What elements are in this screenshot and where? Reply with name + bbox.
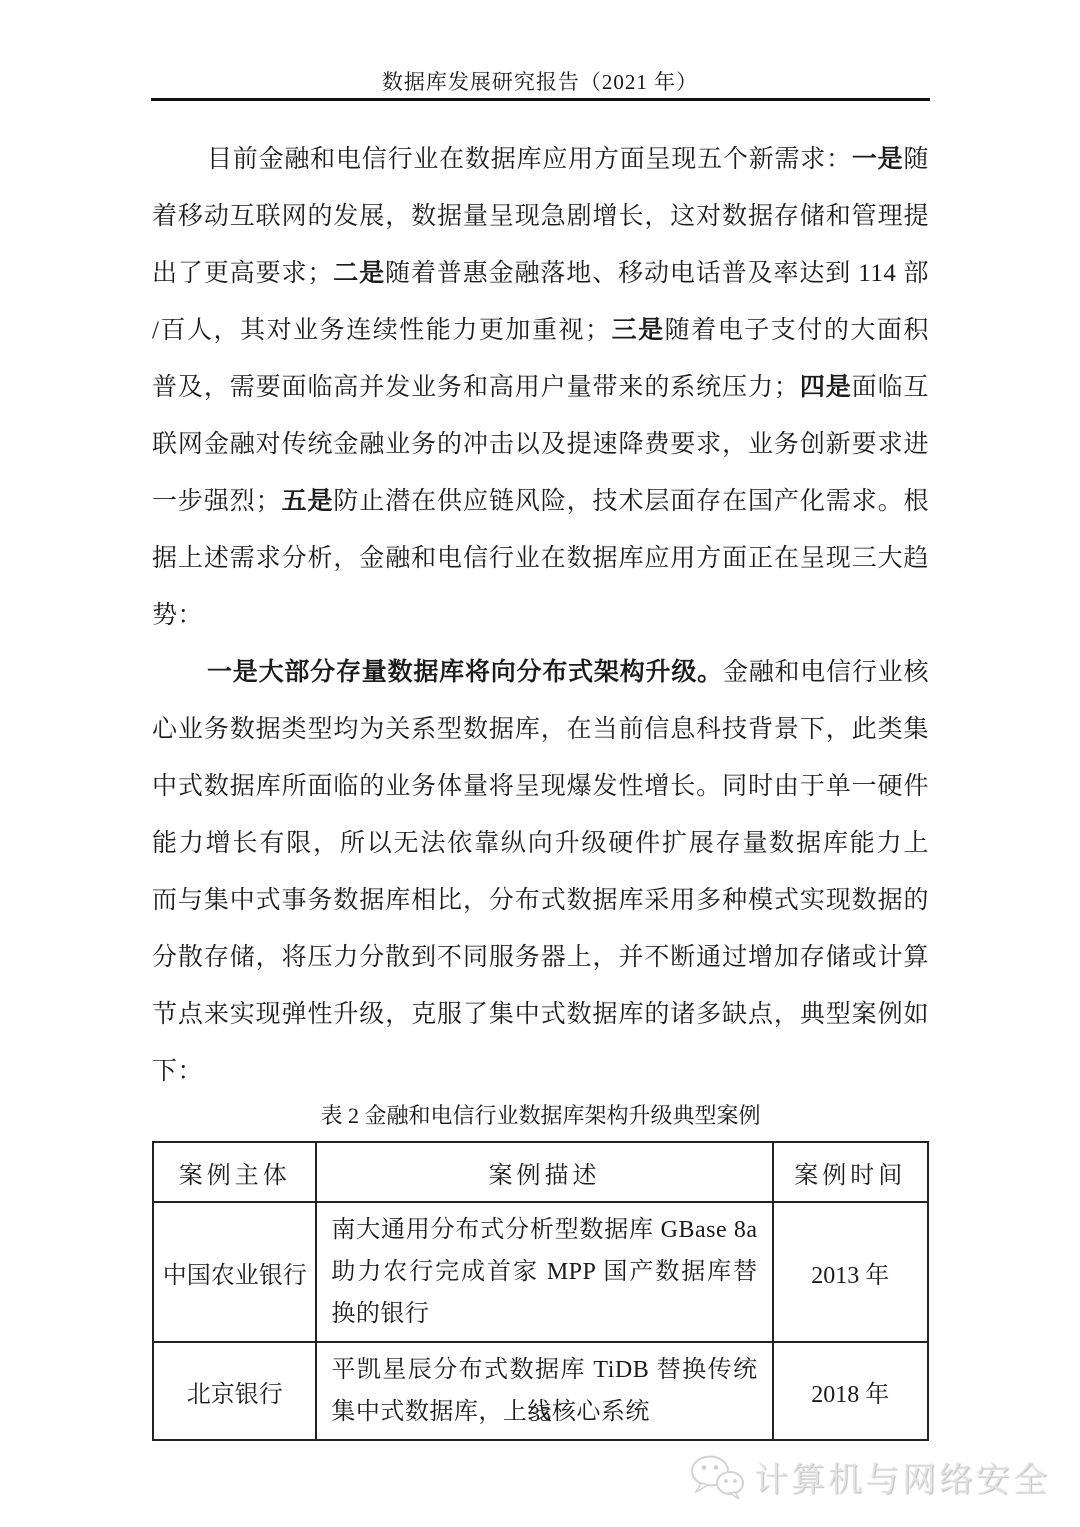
text-line: /百人，其对业务连续性能力更加重视；三是随着电子支付的大面积 bbox=[152, 302, 929, 359]
text-line: 出了更高要求；二是随着普惠金融落地、移动电话普及率达到 114 部 bbox=[152, 245, 929, 302]
line-segment: 心业务数据类型均为关系型数据库，在当前信息科技背景下，此类集 bbox=[152, 716, 929, 743]
table-header-desc: 案例描述 bbox=[316, 1142, 772, 1202]
text-line: 节点来实现弹性升级，克服了集中式数据库的诸多缺点，典型案例如 bbox=[152, 986, 929, 1043]
line-segment: 出了更高要求； bbox=[152, 260, 333, 287]
line-segment: 目前金融和电信行业在数据库应用方面呈现五个新需求： bbox=[207, 146, 852, 173]
line-segment: 势： bbox=[152, 602, 203, 629]
line-segment-bold: 二是 bbox=[333, 259, 385, 287]
text-line: 势： bbox=[152, 587, 929, 644]
table-row: 中国农业银行 南大通用分布式分析型数据库 GBase 8a 助力农行完成首家 M… bbox=[153, 1202, 928, 1342]
line-segment-bold: 一是大部分存量数据库将向分布式架构升级。 bbox=[207, 658, 723, 686]
line-segment: 一步强烈； bbox=[152, 488, 281, 515]
wechat-icon bbox=[688, 1453, 746, 1501]
table-cell-time: 2013 年 bbox=[773, 1202, 928, 1342]
document-page: 数据库发展研究报告（2021 年） 目前金融和电信行业在数据库应用方面呈现五个新… bbox=[0, 0, 1080, 1527]
line-segment: 随着普惠金融落地、移动电话普及率达到 114 部 bbox=[385, 260, 929, 287]
watermark-text: 计算机与网络安全 bbox=[754, 1452, 1050, 1501]
line-segment-bold: 一是 bbox=[852, 145, 904, 173]
text-line: 中式数据库所面临的业务体量将呈现爆发性增长。同时由于单一硬件 bbox=[152, 758, 929, 815]
line-segment: 联网金融对传统金融业务的冲击以及提速降费要求，业务创新要求进 bbox=[152, 431, 929, 458]
line-segment: 中式数据库所面临的业务体量将呈现爆发性增长。同时由于单一硬件 bbox=[152, 773, 929, 800]
page-number: 35 bbox=[0, 1402, 1080, 1427]
table-header-row: 案例主体 案例描述 案例时间 bbox=[153, 1142, 928, 1202]
line-segment: 随 bbox=[903, 146, 929, 173]
text-line: 一是大部分存量数据库将向分布式架构升级。金融和电信行业核 bbox=[152, 644, 929, 701]
line-segment: 着移动互联网的发展，数据量呈现急剧增长，这对数据存储和管理提 bbox=[152, 203, 929, 230]
watermark: 计算机与网络安全 bbox=[688, 1452, 1050, 1501]
line-segment: 普及，需要面临高并发业务和高用户量带来的系统压力； bbox=[152, 374, 799, 401]
line-segment-bold: 五是 bbox=[281, 487, 333, 515]
line-segment: 节点来实现弹性升级，克服了集中式数据库的诸多缺点，典型案例如 bbox=[152, 1001, 929, 1028]
line-segment: 防止潜在供应链风险，技术层面存在国产化需求。根 bbox=[333, 488, 929, 515]
text-line: 能力增长有限，所以无法依靠纵向升级硬件扩展存量数据库能力上限。 bbox=[152, 815, 929, 872]
line-segment: 而与集中式事务数据库相比，分布式数据库采用多种模式实现数据的 bbox=[152, 887, 929, 914]
text-line: 分散存储，将压力分散到不同服务器上，并不断通过增加存储或计算 bbox=[152, 929, 929, 986]
table-header-time: 案例时间 bbox=[773, 1142, 928, 1202]
line-segment: 据上述需求分析，金融和电信行业在数据库应用方面正在呈现三大趋 bbox=[152, 545, 929, 572]
line-segment: 下： bbox=[152, 1058, 203, 1085]
line-segment: 面临互 bbox=[852, 374, 929, 401]
header-rule bbox=[151, 98, 930, 101]
text-line: 下： bbox=[152, 1043, 929, 1100]
body-text: 目前金融和电信行业在数据库应用方面呈现五个新需求：一是随 着移动互联网的发展，数… bbox=[152, 131, 929, 1100]
line-segment-bold: 四是 bbox=[799, 373, 851, 401]
page-header-title: 数据库发展研究报告（2021 年） bbox=[0, 66, 1080, 96]
table-header-subject: 案例主体 bbox=[153, 1142, 316, 1202]
text-line: 据上述需求分析，金融和电信行业在数据库应用方面正在呈现三大趋 bbox=[152, 530, 929, 587]
table-caption: 表 2 金融和电信行业数据库架构升级典型案例 bbox=[152, 1099, 929, 1130]
table-cell-desc: 南大通用分布式分析型数据库 GBase 8a 助力农行完成首家 MPP 国产数据… bbox=[316, 1202, 772, 1342]
text-line: 而与集中式事务数据库相比，分布式数据库采用多种模式实现数据的 bbox=[152, 872, 929, 929]
line-segment: 分散存储，将压力分散到不同服务器上，并不断通过增加存储或计算 bbox=[152, 944, 929, 971]
text-line: 普及，需要面临高并发业务和高用户量带来的系统压力；四是面临互 bbox=[152, 359, 929, 416]
text-line: 目前金融和电信行业在数据库应用方面呈现五个新需求：一是随 bbox=[152, 131, 929, 188]
text-line: 联网金融对传统金融业务的冲击以及提速降费要求，业务创新要求进 bbox=[152, 416, 929, 473]
line-segment-bold: 三是 bbox=[611, 316, 665, 344]
text-line: 心业务数据类型均为关系型数据库，在当前信息科技背景下，此类集 bbox=[152, 701, 929, 758]
case-table: 案例主体 案例描述 案例时间 中国农业银行 南大通用分布式分析型数据库 GBas… bbox=[152, 1141, 929, 1441]
line-segment: 能力增长有限，所以无法依靠纵向升级硬件扩展存量数据库能力上限。 bbox=[152, 830, 929, 872]
line-segment: 随着电子支付的大面积 bbox=[665, 317, 929, 344]
line-segment: 金融和电信行业核 bbox=[723, 659, 929, 686]
line-segment: /百人，其对业务连续性能力更加重视； bbox=[152, 317, 611, 344]
table-cell-subject: 中国农业银行 bbox=[153, 1202, 316, 1342]
text-line: 着移动互联网的发展，数据量呈现急剧增长，这对数据存储和管理提 bbox=[152, 188, 929, 245]
text-line: 一步强烈；五是防止潜在供应链风险，技术层面存在国产化需求。根 bbox=[152, 473, 929, 530]
